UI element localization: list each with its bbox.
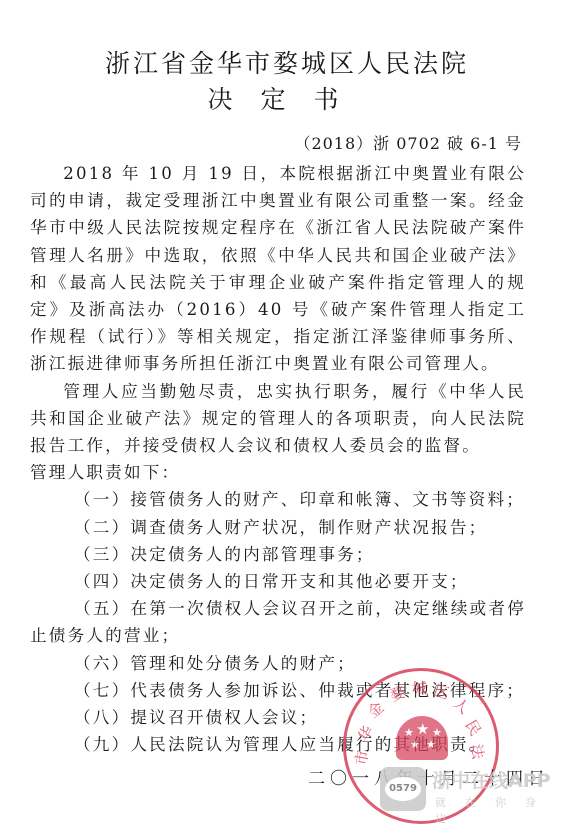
watermark-logo: 0579 bbox=[380, 767, 426, 811]
duty-item-6: （六）管理和处分债务人的财产； bbox=[30, 650, 526, 677]
seal-char: 人 bbox=[449, 693, 474, 719]
seal-char: 民 bbox=[461, 716, 487, 740]
national-emblem-icon: ★ ★ ★ ★ ★ bbox=[396, 716, 448, 760]
duty-item-4: （四）决定债务人的日常开支和其他必要开支； bbox=[30, 568, 526, 595]
seal-char: 金 bbox=[363, 697, 388, 723]
duty-item-5: （五）在第一次债权人会议召开之前，决定继续或者停止债务人的营业； bbox=[30, 595, 526, 649]
paragraph-1: 2018 年 10 月 19 日，本院根据浙江中奥置业有限公司的申请，裁定受理浙… bbox=[30, 160, 526, 378]
star-icon: ★ bbox=[416, 720, 429, 738]
watermark-subtitle: 就在你身边 bbox=[435, 794, 574, 826]
case-number: （2018）浙 0702 破 6-1 号 bbox=[294, 131, 522, 154]
seal-char: 区 bbox=[431, 679, 452, 704]
app-logo-icon: 0579 bbox=[385, 777, 421, 801]
document-body: 2018 年 10 月 19 日，本院根据浙江中奥置业有限公司的申请，裁定受理浙… bbox=[30, 160, 526, 758]
star-icon: ★ bbox=[410, 738, 420, 751]
duty-item-1: （一）接管债务人的财产、印章和帐簿、文书等资料； bbox=[30, 486, 526, 513]
seal-char: 法 bbox=[466, 742, 489, 760]
duties-heading: 管理人职责如下： bbox=[30, 459, 526, 486]
seal-char: 婺 bbox=[387, 681, 408, 706]
document-type: 决定书 bbox=[0, 80, 574, 116]
watermark-title: 浙中在线APP bbox=[432, 766, 551, 793]
duty-item-3: （三）决定债务人的内部管理事务； bbox=[30, 541, 526, 568]
duty-item-2: （二）调查债务人财产状况，制作财产状况报告； bbox=[30, 514, 526, 541]
seal-char: 城 bbox=[412, 677, 427, 698]
paragraph-2: 管理人应当勤勉尽责，忠实执行职务，履行《中华人民共和国企业破产法》规定的管理人的… bbox=[30, 378, 526, 460]
court-title: 浙江省金华市婺城区人民法院 bbox=[0, 44, 574, 80]
star-icon: ★ bbox=[426, 738, 436, 751]
seal-char: 华 bbox=[353, 722, 379, 746]
